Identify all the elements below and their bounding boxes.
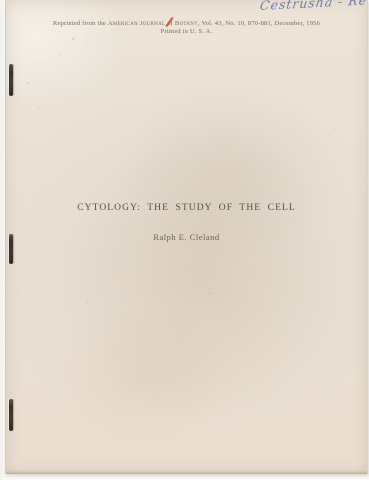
foxing-speck [38,108,40,109]
staple-icon [9,234,13,264]
foxing-speck [209,292,211,294]
journal-name-part2: Botany [175,20,198,27]
printed-in-line: Printed in U. S. A. [6,28,367,36]
journal-name-part1: American Journal [108,20,166,27]
staple-icon [9,64,13,96]
staple-icon [9,399,13,431]
foxing-speck [143,11,144,12]
article-author: Ralph E. Cleland [6,232,367,242]
scan-background: Cestrusha - Rec Reprinted from the Ameri… [0,0,369,480]
foxing-speck [30,158,31,159]
foxing-speck [26,82,29,84]
reprint-citation-line: Reprinted from the American Journal of B… [6,20,367,28]
reprint-header: Reprinted from the American Journal of B… [6,20,367,35]
foxing-speck [72,38,74,40]
reprint-suffix: , Vol. 43, No. 10, 870-881, December, 19… [198,20,320,27]
paper-sheet: Cestrusha - Rec Reprinted from the Ameri… [5,0,368,474]
foxing-speck [334,128,336,129]
foxing-speck [102,18,103,19]
reprint-prefix: Reprinted from the [53,20,108,27]
article-title: CYTOLOGY: THE STUDY OF THE CELL [6,203,367,213]
foxing-speck [86,301,88,303]
handwritten-annotation: Cestrusha - Rec [259,0,368,13]
foxing-speck [59,54,60,56]
journal-of-word: of [167,20,173,28]
paper-bottom-edge [6,470,367,474]
